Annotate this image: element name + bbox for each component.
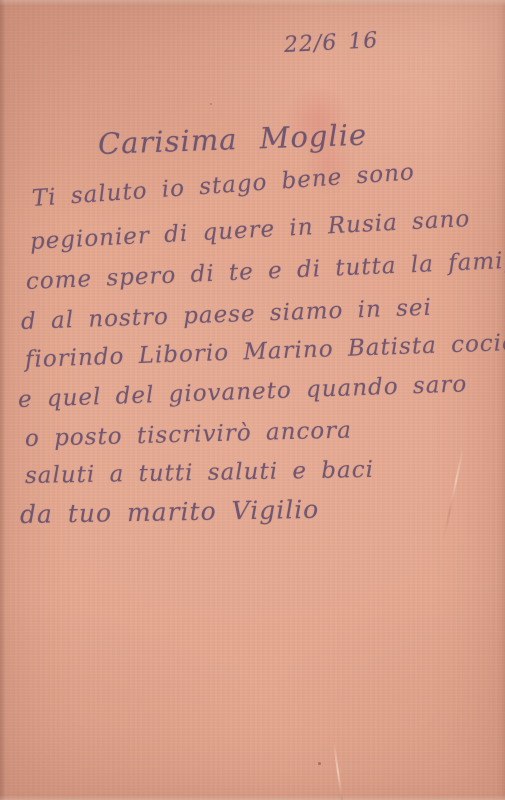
paper-edge-top — [0, 0, 505, 6]
paper-edge-bottom — [0, 795, 505, 800]
letter-line: o posto tiscrivirò ancora — [25, 417, 353, 452]
letter-line: e quel del giovaneto quando saro — [18, 371, 468, 413]
paper-edge-left — [0, 0, 5, 800]
postcard: 22/6 16 Carisima Moglie Ti saluto io sta… — [0, 0, 505, 800]
letter-line: d al nostro paese siamo in sei — [21, 295, 433, 335]
signature-line: da tuo marito Vigilio — [20, 495, 320, 529]
letter-line: saluti a tutti saluti e baci — [25, 457, 374, 489]
letter-line: fiorindo Liborio Marino Batista cocio — [25, 330, 505, 373]
letter-line: Ti saluto io stago bene sono — [31, 159, 416, 212]
paper-crease — [333, 742, 343, 800]
letter-line: come spero di te e di tutta la famiglia — [25, 246, 505, 295]
salutation-line: Carisima Moglie — [97, 118, 367, 161]
letter-line: pegionier di quere in Rusia sano — [29, 206, 471, 255]
date: 22/6 16 — [283, 28, 379, 58]
paper-crease — [442, 449, 464, 542]
paper-speck — [318, 762, 321, 765]
paper-speck — [210, 103, 212, 105]
